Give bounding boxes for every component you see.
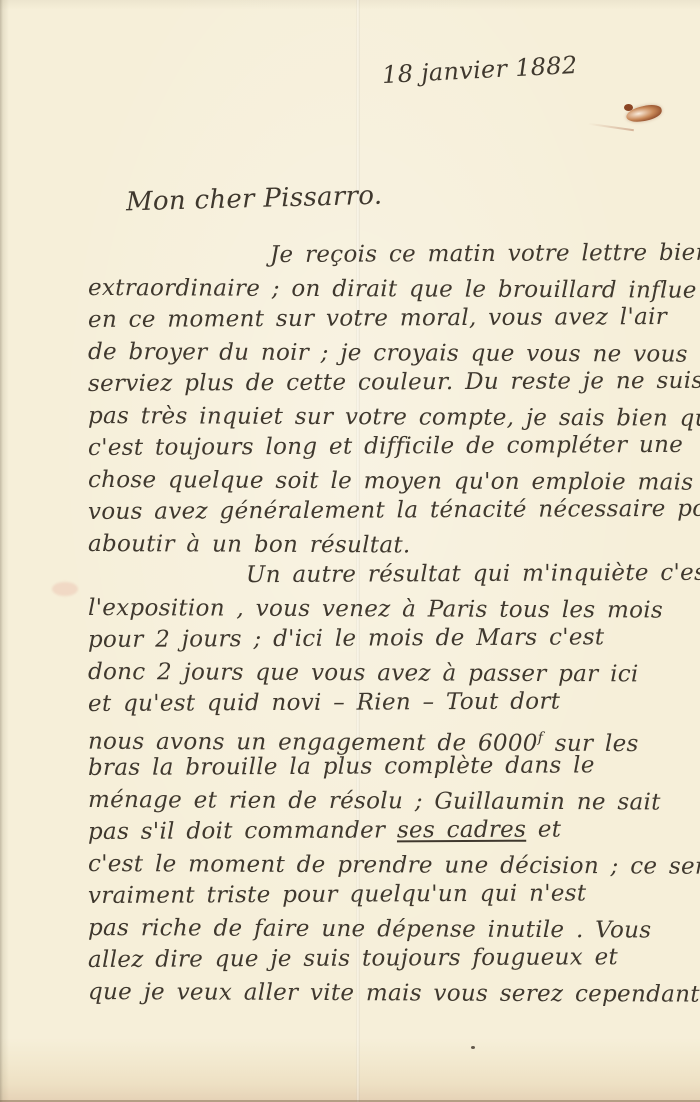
letter-line: c'est toujours long et difficile de comp… (88, 429, 688, 464)
letter-body: Je reçois ce matin votre lettre bienextr… (88, 240, 688, 1008)
underlined-phrase: ses cadres (397, 817, 526, 844)
rust-stain (588, 92, 688, 147)
letter-line: allez dire que je suis toujours fougueux… (88, 941, 688, 976)
letter-line: vraiment triste pour quelqu'un qui n'est (88, 877, 688, 912)
stain-tail-scratch (588, 123, 634, 131)
letter-line: bras la brouille la plus complète dans l… (88, 749, 688, 784)
text-segment: et (526, 817, 561, 843)
stain-dark-spot (624, 104, 633, 111)
letter-line: pour 2 jours ; d'ici le mois de Mars c'e… (88, 621, 688, 656)
letter-line: que je veux aller vite mais vous serez c… (88, 976, 688, 1011)
letter-line: vous avez généralement la ténacité néces… (88, 493, 688, 528)
letter-line: pas s'il doit commander ses cadres et (88, 813, 688, 848)
letter-line: en ce moment sur votre moral, vous avez … (88, 301, 688, 336)
text-segment: pas s'il doit commander (88, 817, 397, 845)
letter-line: et qu'est quid novi – Rien – Tout dort (88, 685, 688, 720)
pink-smudge (52, 582, 78, 596)
ink-speck (471, 1046, 475, 1049)
letter-line: Je reçois ce matin votre lettre bien (88, 237, 688, 272)
letter-line: serviez plus de cette couleur. Du reste … (88, 365, 688, 400)
scanned-letter-page: { "page": { "paper_color": "#f6efd9", "i… (0, 0, 700, 1102)
letter-line: Un autre résultat qui m'inquiète c'est (88, 557, 688, 592)
